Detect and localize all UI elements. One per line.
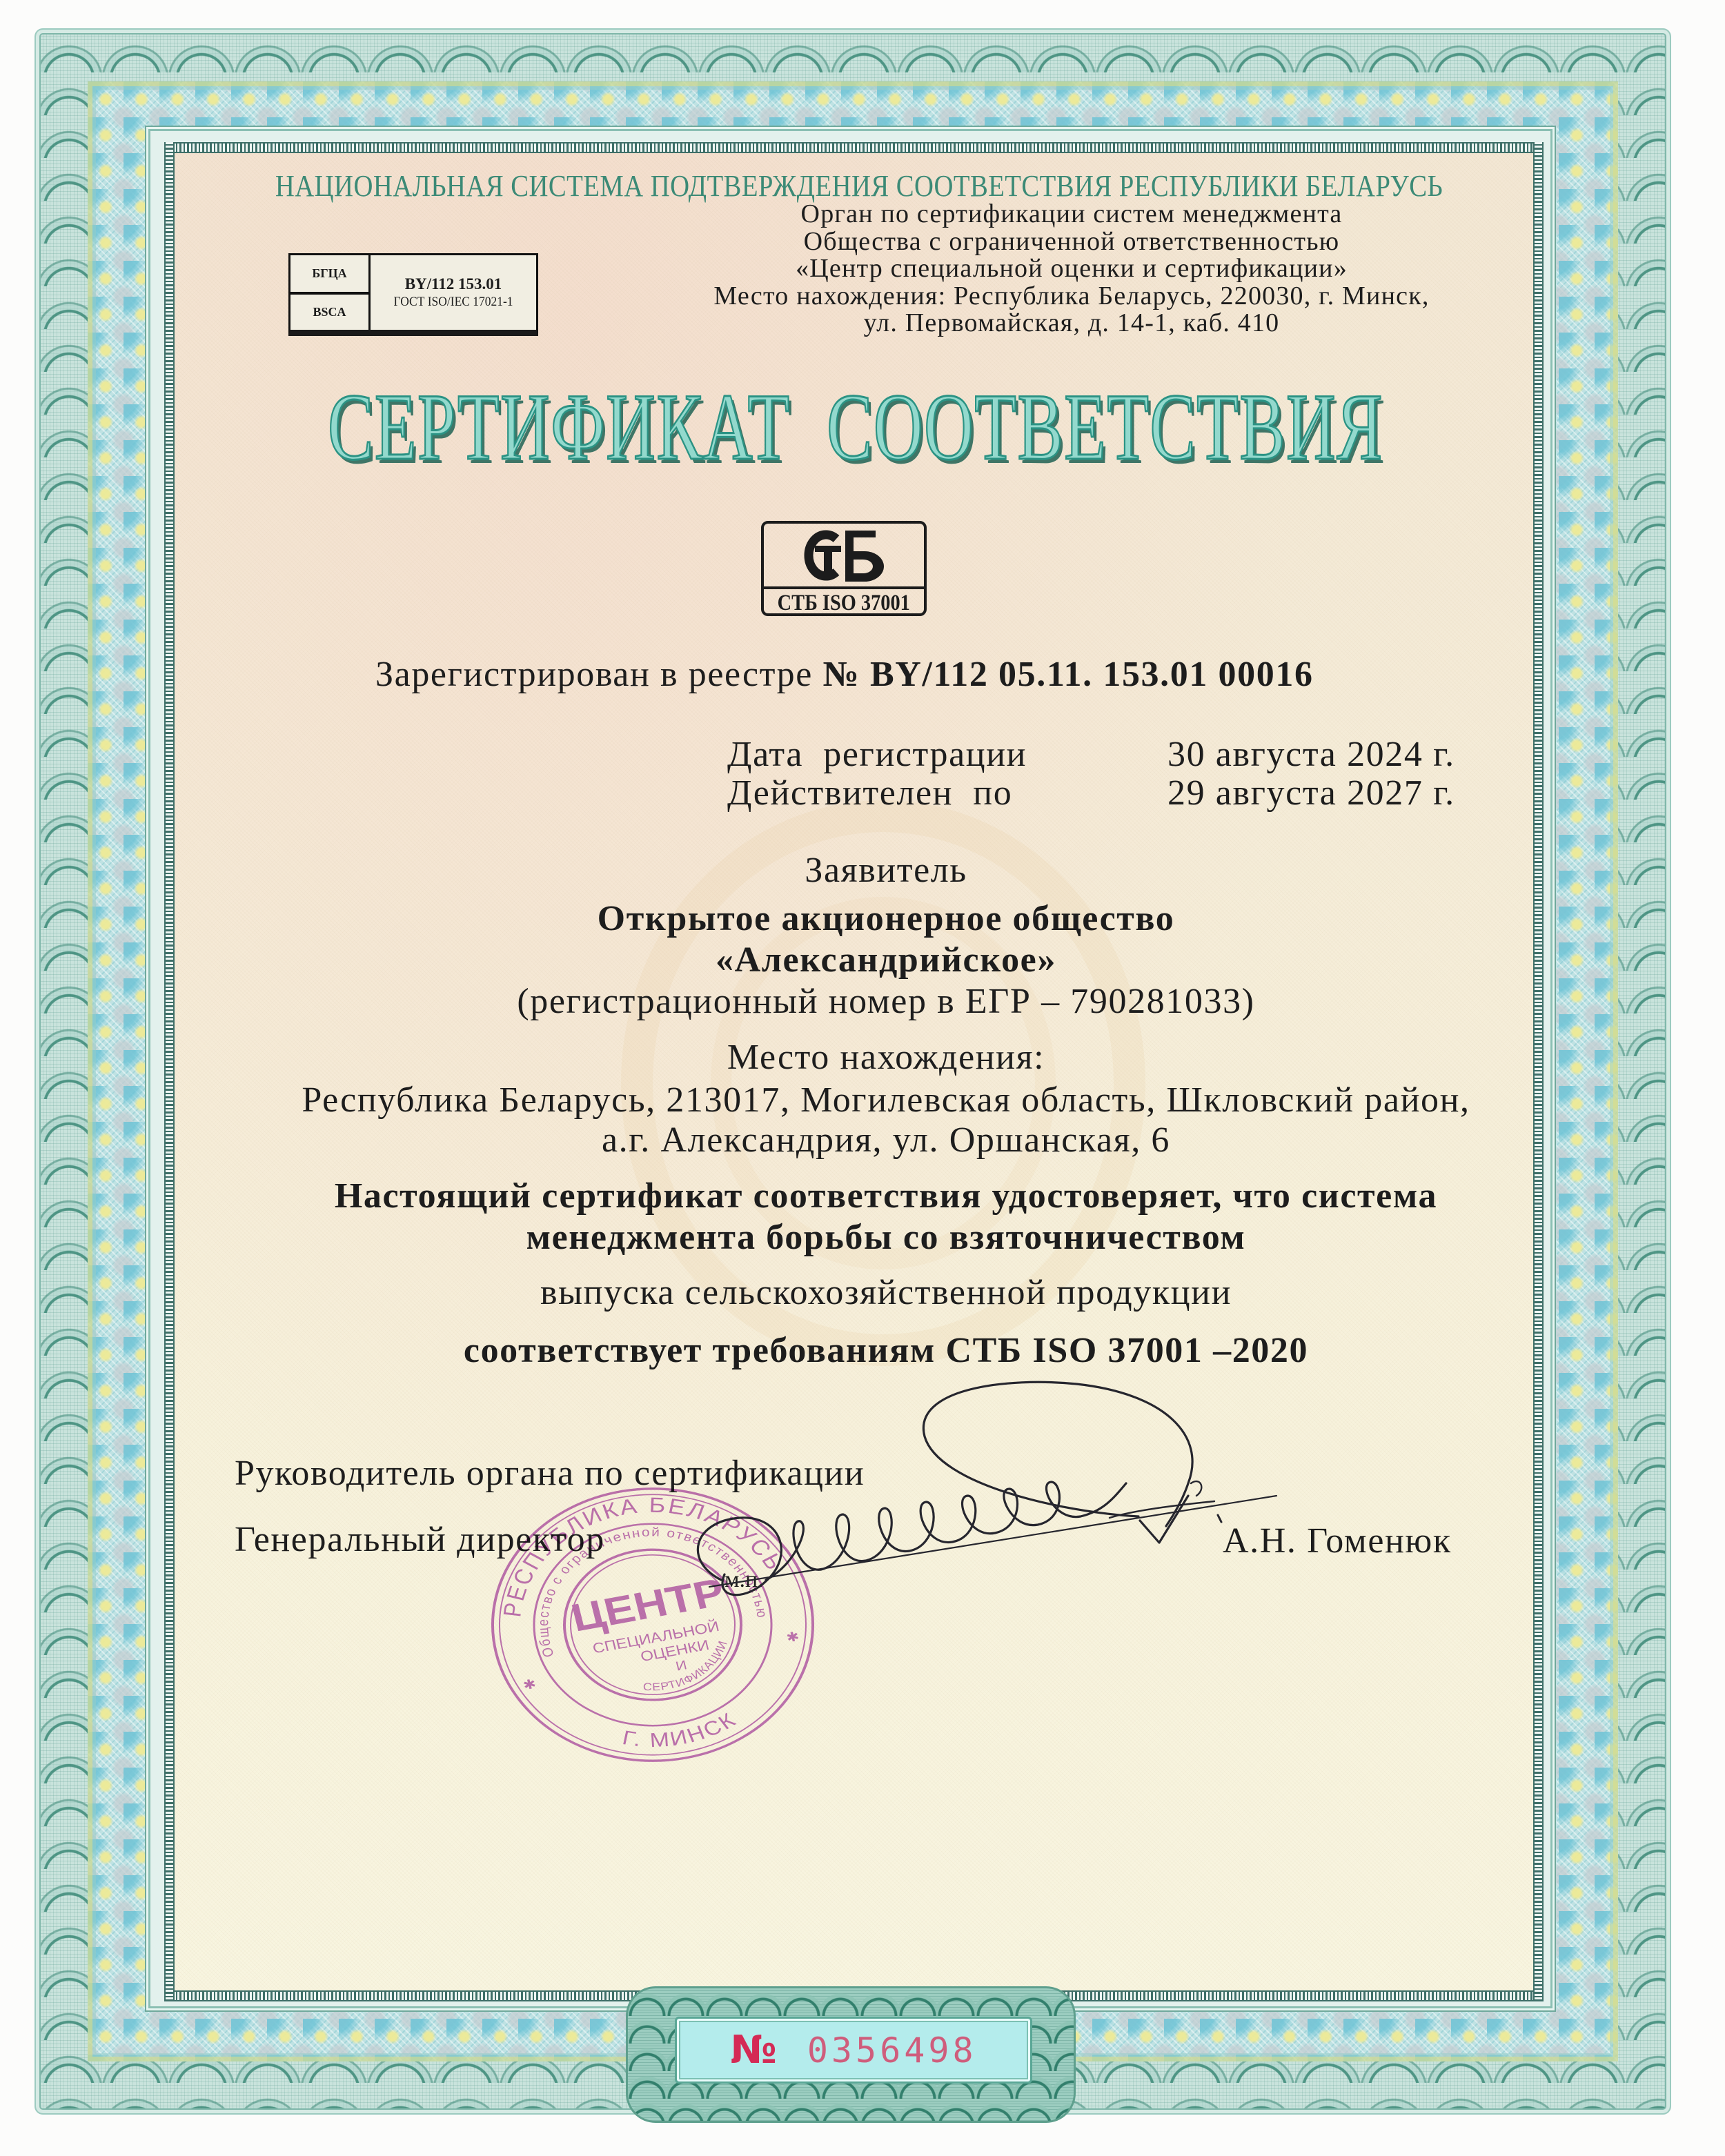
issuer-line: ул. Первомайская, д. 14-1, каб. 410 (451, 310, 1693, 337)
issuer-line: Орган по сертификации систем менеджмента (451, 201, 1693, 228)
statement-line1: Настоящий сертификат соответствия удосто… (196, 1177, 1576, 1216)
registry-line: Зарегистрирован в реестре № BY/112 05.11… (375, 655, 1314, 694)
statement-line2: менеджмента борьбы со взяточничеством (196, 1218, 1576, 1257)
statement-scope: выпуска сельскохозяйственной продукции (196, 1274, 1576, 1312)
valid-until-label: Действителен по (727, 774, 1012, 813)
accreditation-mark-details: BY/112 153.01 ГОСТ ISO/IEC 17021-1 (371, 255, 536, 330)
applicant-location-heading: Место нахождения: (196, 1038, 1576, 1077)
signatory-role-head: Руководитель органа по сертификации (235, 1454, 865, 1493)
accreditation-mark-org: БГЦА BSCA (290, 255, 371, 330)
signatory-name: А.Н. Гоменюк (1223, 1522, 1452, 1561)
statement-conformity: соответствует требованиям СТБ ISO 37001 … (196, 1332, 1576, 1370)
registration-date-value: 30 августа 2024 г. (1167, 735, 1455, 774)
meander-band-top (164, 142, 1544, 153)
serial-number-plate: № 0356498 (675, 2017, 1032, 2084)
registry-label: Зарегистрирован в реестре (375, 655, 823, 694)
issuer-line: Место нахождения: Республика Беларусь, 2… (451, 283, 1693, 310)
applicant-name-line2: «Александрийское» (196, 941, 1576, 980)
meander-band-left (164, 142, 175, 2001)
issuer-block: Орган по сертификации систем менеджмента… (451, 201, 1693, 337)
stb-conformity-mark-icon (764, 524, 924, 587)
standard-mark: СТБ ISO 37001 (761, 521, 927, 616)
seal-place-mark: м.п. (724, 1567, 764, 1592)
serial-prefix: № (730, 2031, 776, 2070)
accreditation-org-en: BSCA (290, 295, 368, 330)
applicant-registration: (регистрационный номер в ЕГР – 790281033… (196, 982, 1576, 1021)
registration-date-label: Дата регистрации (727, 735, 1027, 774)
registry-number: № BY/112 05.11. 153.01 00016 (823, 655, 1314, 694)
applicant-heading: Заявитель (196, 851, 1576, 890)
applicant-address-line2: а.г. Александрия, ул. Оршанская, 6 (196, 1121, 1576, 1160)
applicant-name-line1: Открытое акционерное общество (196, 900, 1576, 938)
applicant-address-line1: Республика Беларусь, 213017, Могилевская… (196, 1081, 1576, 1120)
accreditation-org-ru: БГЦА (290, 255, 368, 295)
valid-until-value: 29 августа 2027 г. (1167, 774, 1455, 813)
accreditation-number: BY/112 153.01 (405, 275, 502, 293)
accreditation-standard: ГОСТ ISO/IEC 17021-1 (393, 295, 513, 310)
certificate-title: СЕРТИФИКАТ СООТВЕТСТВИЯ (239, 379, 1472, 475)
accreditation-mark: БГЦА BSCA BY/112 153.01 ГОСТ ISO/IEC 170… (288, 253, 538, 336)
issuer-line: «Центр специальной оценки и сертификации… (451, 255, 1693, 283)
serial-number: 0356498 (807, 2033, 977, 2068)
national-system-heading: НАЦИОНАЛЬНАЯ СИСТЕМА ПОДТВЕРЖДЕНИЯ СООТВ… (103, 171, 1615, 201)
issuer-line: Общества с ограниченной ответственностью (451, 228, 1693, 256)
signatory-role-director: Генеральный директор (235, 1521, 605, 1559)
standard-mark-caption: СТБ ISO 37001 (778, 591, 910, 616)
standard-mark-caption-box: СТБ ISO 37001 (764, 586, 924, 617)
